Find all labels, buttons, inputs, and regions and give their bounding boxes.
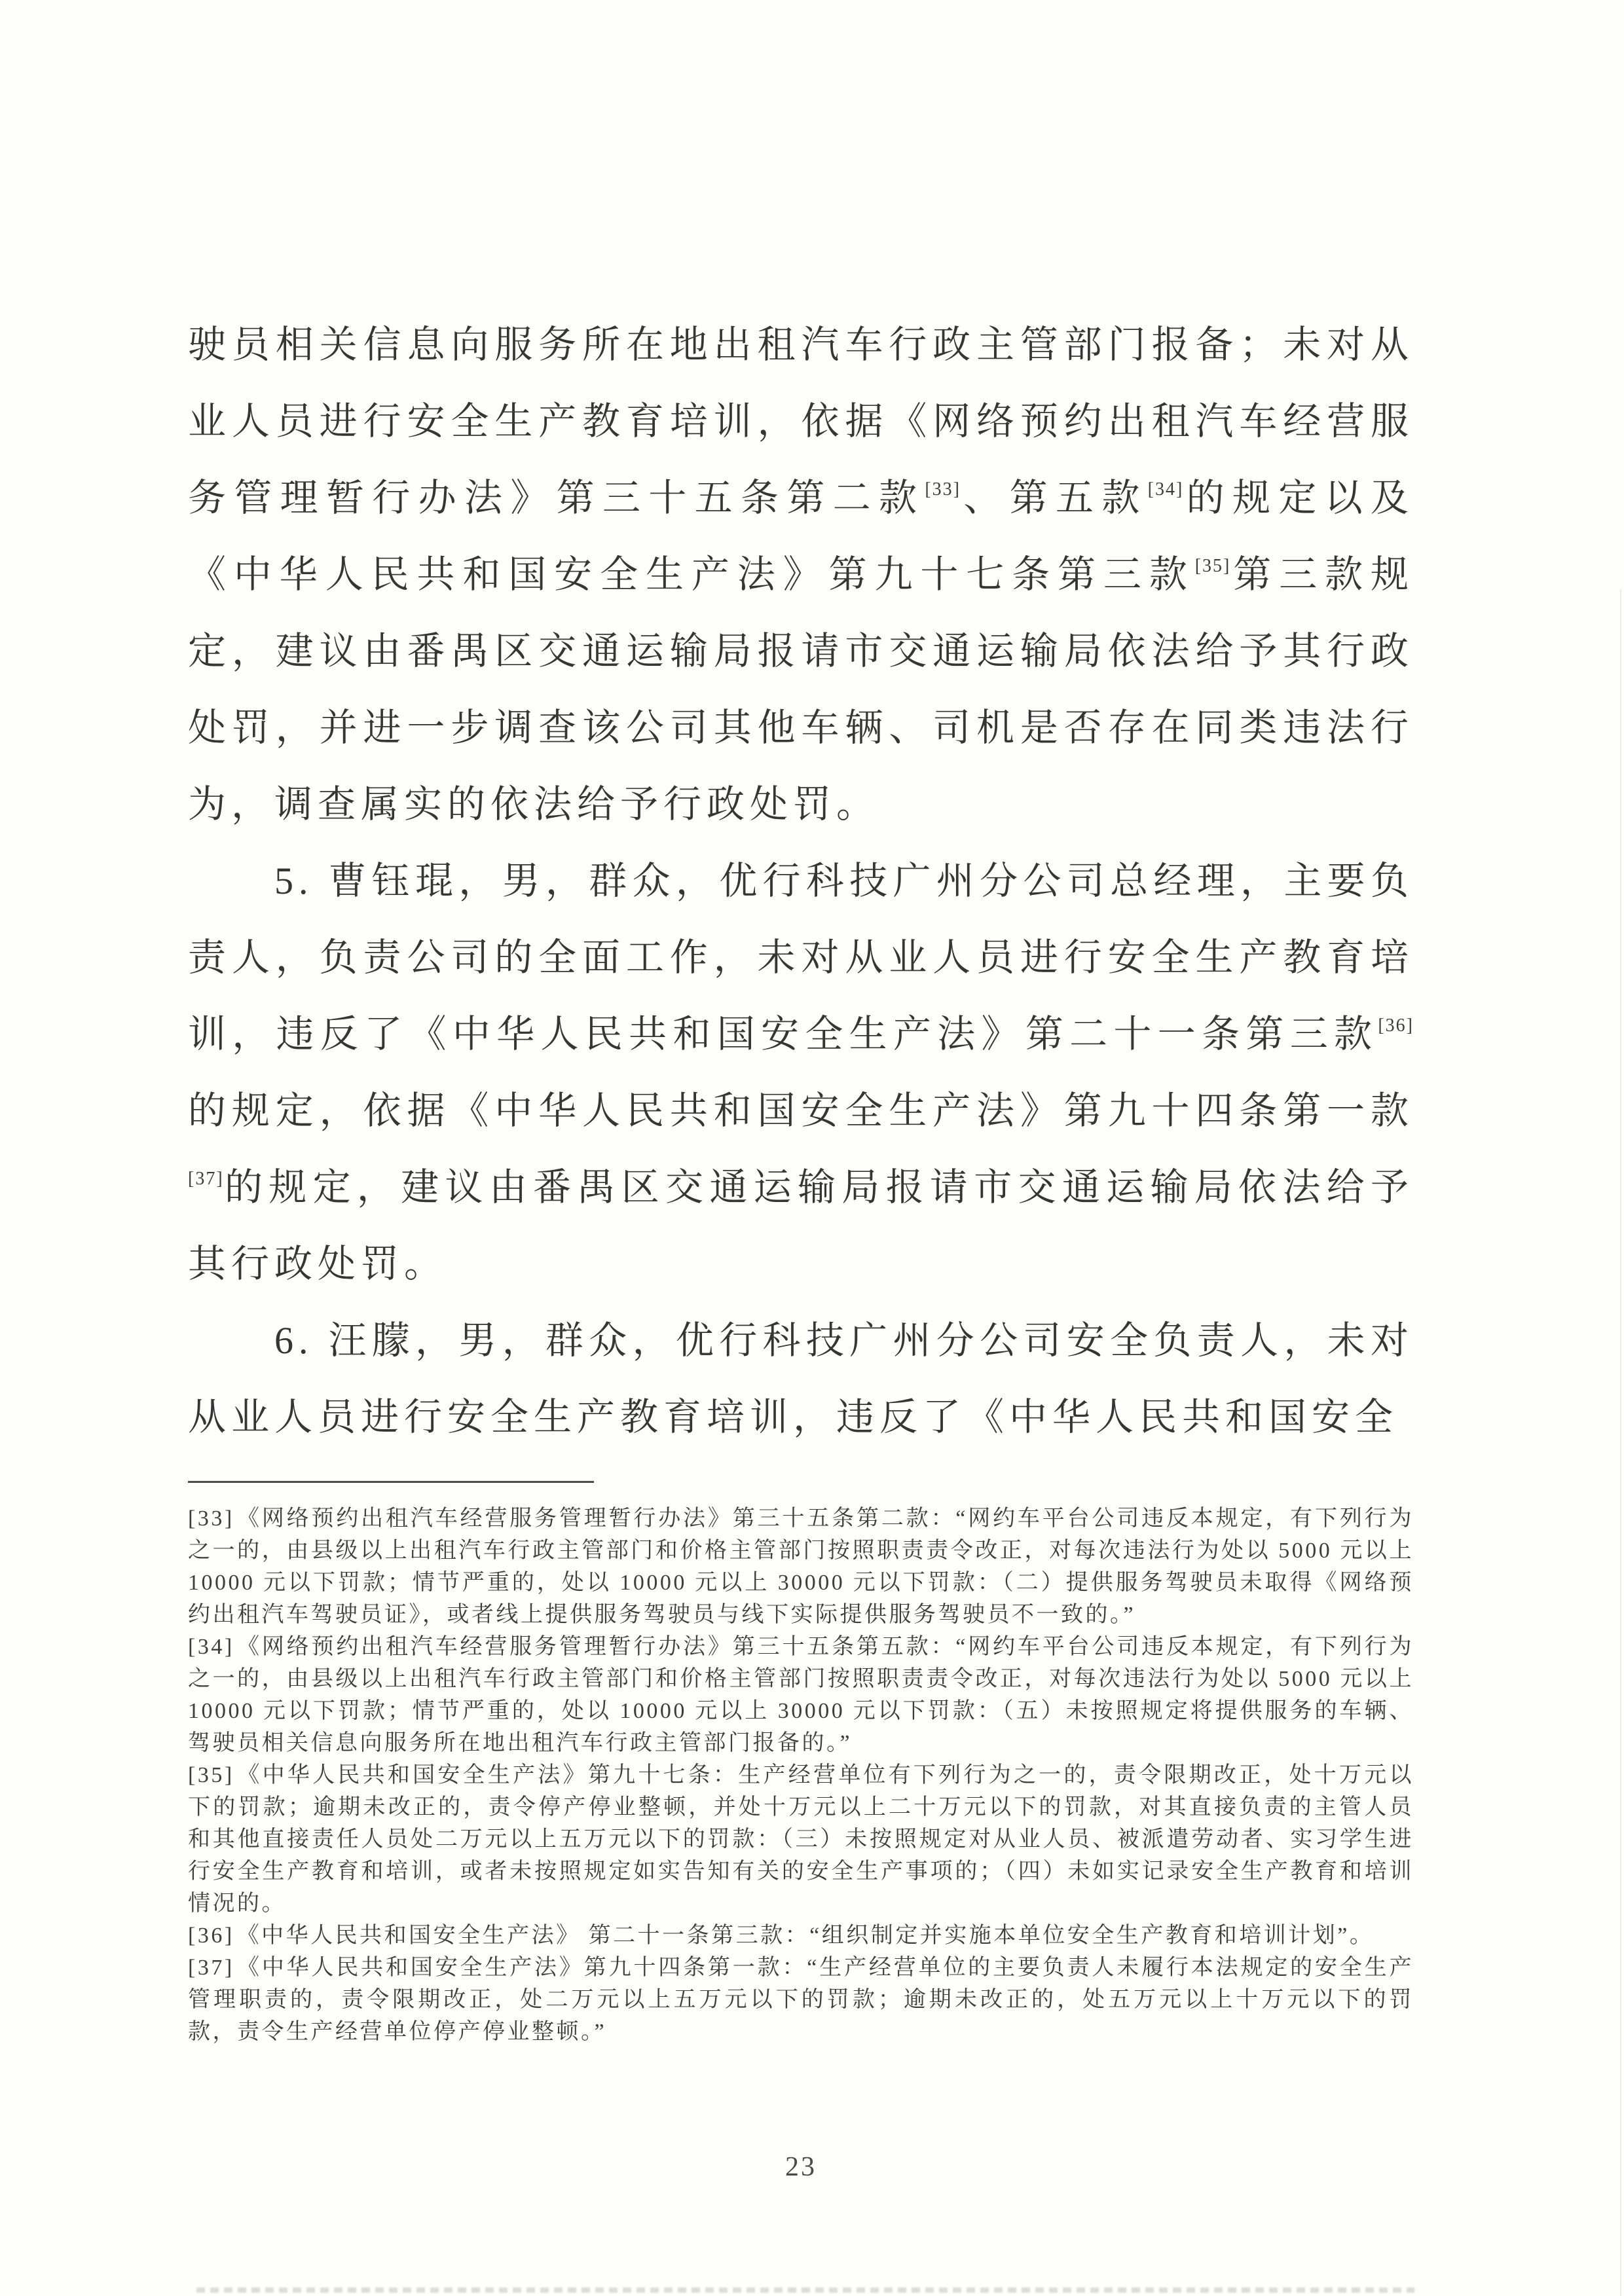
footnote-marker: [36] (188, 1923, 234, 1948)
body-text-run: 、第五款 (961, 477, 1148, 519)
body-text-run: 6. 汪朦，男，群众，优行科技广州分公司安全负责人，未对从业人员进行安全生产教育… (188, 1319, 1414, 1438)
footnote-37: [37]《中华人民共和国安全生产法》第九十四条第一款：“生产经营单位的主要负责人… (188, 1952, 1414, 2048)
footnote-text: 《网络预约出租汽车经营服务管理暂行办法》第三十五条第二款：“网约车平台公司违反本… (188, 1506, 1414, 1627)
footnote-35: [35]《中华人民共和国安全生产法》第九十七条：生产经营单位有下列行为之一的，责… (188, 1759, 1414, 1920)
document-body: 驶员相关信息向服务所在地出租汽车行政主管部门报备；未对从业人员进行安全生产教育培… (188, 306, 1414, 1455)
scan-edge-line (1620, 589, 1621, 2296)
body-text-run: 的规定，依据《中华人民共和国安全生产法》第九十四条第一款 (188, 1089, 1414, 1132)
body-text-run: 5. 曹钰琨，男，群众，优行科技广州分公司总经理，主要负责人，负责公司的全面工作… (188, 860, 1414, 1055)
footnote-marker: [34] (188, 1635, 234, 1659)
footnotes-section: [33]《网络预约出租汽车经营服务管理暂行办法》第三十五条第二款：“网约车平台公… (188, 1503, 1414, 2048)
document-page: 驶员相关信息向服务所在地出租汽车行政主管部门报备；未对从业人员进行安全生产教育培… (0, 0, 1624, 2296)
body-text-run: 的规定，建议由番禺区交通运输局报请市交通运输局依法给予其行政处罚。 (188, 1166, 1414, 1285)
footnote-ref-34: [34] (1148, 479, 1184, 500)
scan-artifact-strip (196, 2287, 1414, 2293)
footnote-36: [36]《中华人民共和国安全生产法》 第二十一条第三款：“组织制定并实施本单位安… (188, 1920, 1414, 1952)
footnote-34: [34]《网络预约出租汽车经营服务管理暂行办法》第三十五条第五款：“网约车平台公… (188, 1631, 1414, 1759)
page-number: 23 (188, 2151, 1414, 2183)
footnote-ref-37: [37] (188, 1169, 224, 1189)
footnote-text: 《中华人民共和国安全生产法》第九十七条：生产经营单位有下列行为之一的，责令限期改… (188, 1763, 1414, 1916)
footnote-marker: [33] (188, 1506, 234, 1531)
footnote-ref-33: [33] (925, 479, 961, 500)
footnote-ref-36: [36] (1378, 1015, 1414, 1036)
footnote-marker: [35] (188, 1763, 234, 1787)
paragraph-continuation: 驶员相关信息向服务所在地出租汽车行政主管部门报备；未对从业人员进行安全生产教育培… (188, 306, 1414, 843)
footnote-marker: [37] (188, 1956, 234, 1980)
paragraph-item-6: 6. 汪朦，男，群众，优行科技广州分公司安全负责人，未对从业人员进行安全生产教育… (188, 1302, 1414, 1455)
footnote-text: 《中华人民共和国安全生产法》 第二十一条第三款：“组织制定并实施本单位安全生产教… (237, 1923, 1375, 1948)
footnote-separator (188, 1481, 594, 1483)
footnote-33: [33]《网络预约出租汽车经营服务管理暂行办法》第三十五条第二款：“网约车平台公… (188, 1503, 1414, 1631)
footnote-text: 《中华人民共和国安全生产法》第九十四条第一款：“生产经营单位的主要负责人未履行本… (188, 1956, 1414, 2044)
paragraph-item-5: 5. 曹钰琨，男，群众，优行科技广州分公司总经理，主要负责人，负责公司的全面工作… (188, 843, 1414, 1302)
footnote-text: 《网络预约出租汽车经营服务管理暂行办法》第三十五条第五款：“网约车平台公司违反本… (188, 1635, 1414, 1755)
footnote-ref-35: [35] (1195, 556, 1231, 576)
